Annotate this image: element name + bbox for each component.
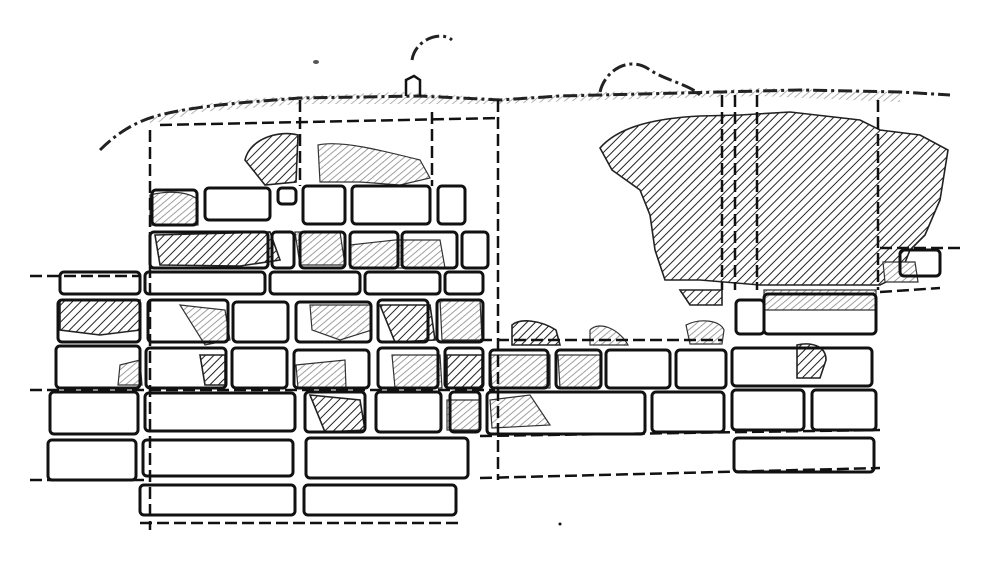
rock-outcrop: [600, 64, 700, 95]
hatched-area: [318, 144, 430, 185]
city-block: [272, 232, 294, 268]
city-block: [378, 348, 438, 388]
city-block: [58, 300, 140, 342]
city-block: [205, 188, 270, 220]
city-block: [764, 294, 876, 334]
city-block: [300, 232, 345, 268]
city-block: [732, 348, 872, 386]
hatched-area-large: [600, 112, 948, 285]
dot-mark: [313, 60, 319, 64]
city-block: [734, 438, 874, 472]
city-block: [438, 186, 465, 224]
city-block: [900, 250, 940, 276]
city-block: [365, 272, 440, 294]
street-edge: [880, 288, 940, 292]
city-block: [50, 392, 138, 434]
city-block: [278, 188, 296, 204]
city-block: [294, 350, 369, 388]
city-block: [606, 350, 670, 388]
dot-mark: [559, 523, 562, 526]
city-block: [146, 348, 226, 388]
city-block: [487, 392, 645, 434]
city-block: [303, 186, 345, 224]
hatched-area: [512, 321, 560, 345]
city-block: [145, 393, 295, 431]
city-block: [152, 190, 197, 225]
city-block: [143, 440, 293, 476]
hill-landmark: [412, 36, 452, 60]
city-block: [402, 232, 457, 268]
city-block: [233, 302, 288, 342]
city-block: [56, 346, 140, 388]
city-block: [736, 300, 764, 334]
hatched-area: [590, 326, 628, 345]
city-block: [232, 348, 287, 388]
city-block: [306, 438, 468, 478]
city-block: [445, 272, 483, 294]
city-block: [676, 350, 726, 388]
city-plan-map: [0, 0, 990, 568]
hatched-area: [245, 134, 298, 185]
city-block: [150, 232, 268, 268]
city-block: [376, 392, 441, 432]
city-block: [652, 392, 724, 432]
city-block: [445, 348, 483, 388]
city-block: [352, 186, 430, 224]
city-block: [437, 300, 483, 342]
city-block: [556, 350, 601, 388]
city-block: [140, 485, 295, 515]
city-block: [145, 272, 265, 294]
city-block: [305, 392, 365, 432]
city-block: [296, 302, 371, 342]
city-block: [350, 232, 398, 268]
city-block: [270, 272, 360, 294]
city-block: [812, 390, 876, 430]
city-block: [732, 390, 804, 430]
street-edge: [160, 118, 500, 125]
city-block: [148, 300, 228, 342]
city-block: [462, 232, 488, 268]
city-block: [304, 485, 456, 515]
city-block: [450, 392, 480, 432]
city-block: [48, 440, 136, 480]
hatched-area: [680, 290, 722, 305]
city-block: [378, 300, 428, 342]
